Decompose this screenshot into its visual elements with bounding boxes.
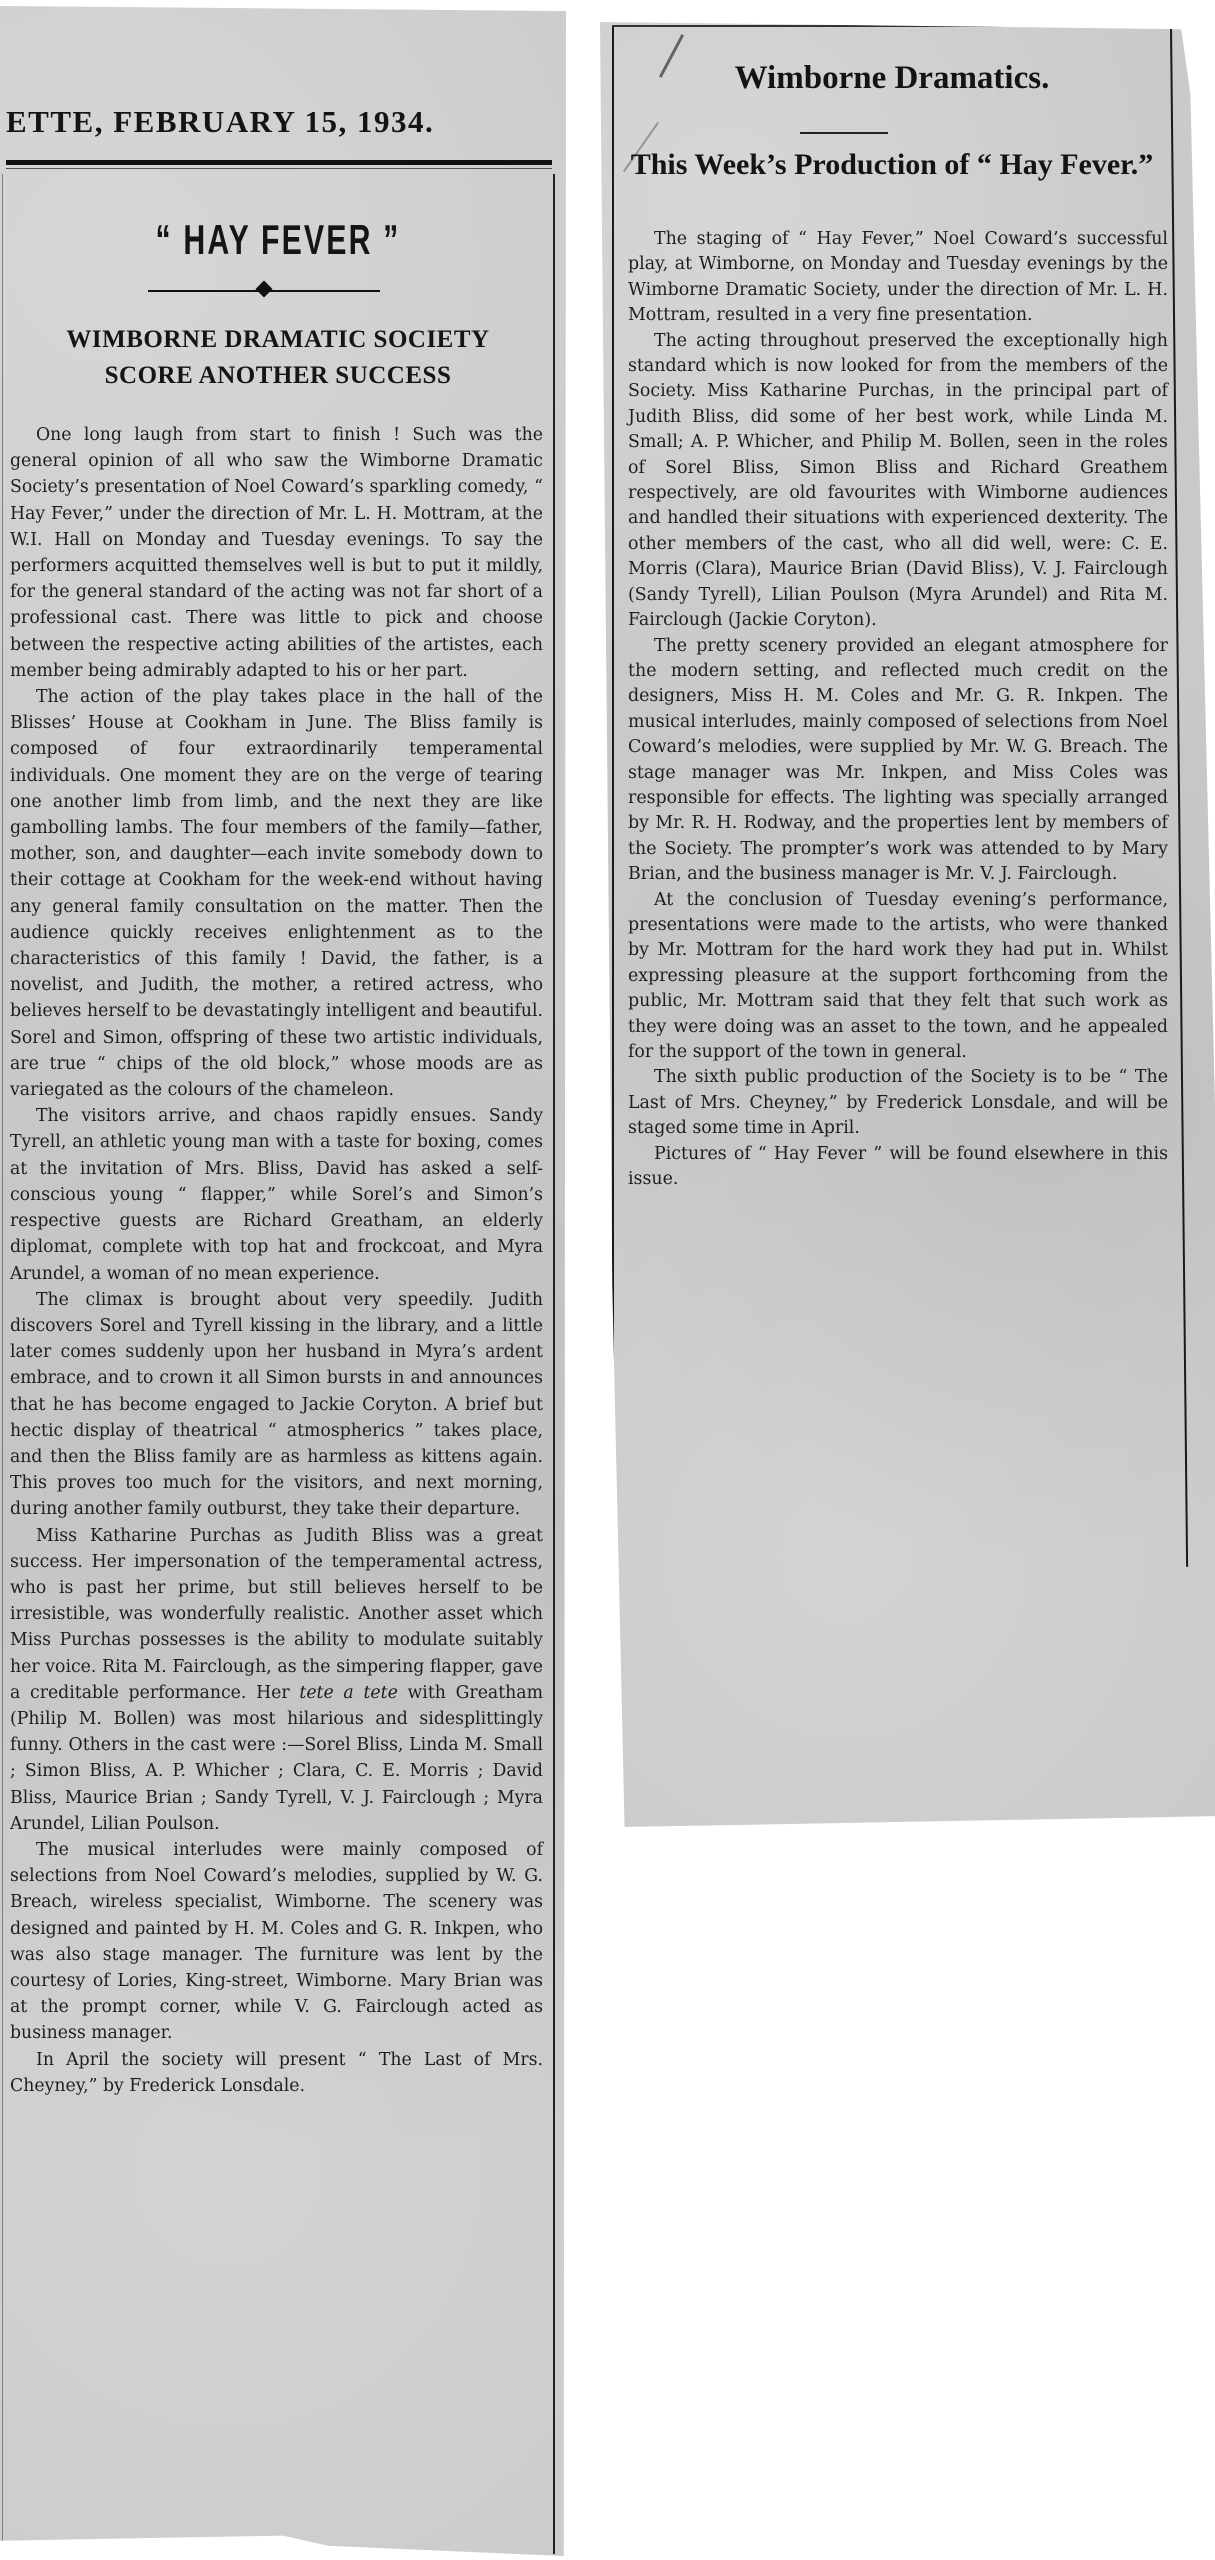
paragraph: The climax is brought about very speedil… — [10, 1287, 543, 1523]
paragraph: The acting throughout preserved the exce… — [628, 329, 1168, 634]
paragraph: The musical interludes were mainly compo… — [10, 1837, 543, 2047]
column-border-right — [553, 174, 555, 2554]
article-subheading-line-2: SCORE ANOTHER SUCCESS — [0, 362, 556, 390]
italic-phrase: tete a tete — [299, 1683, 397, 1703]
article-title: “ HAY FEVER ” — [78, 216, 478, 264]
paragraph: The action of the play takes place in th… — [10, 684, 543, 1103]
paragraph: Miss Katharine Purchas as Judith Bliss w… — [10, 1523, 543, 1837]
paragraph: At the conclusion of Tuesday evening’s p… — [628, 888, 1168, 1066]
column-border-right — [1170, 27, 1188, 1567]
paragraph: The sixth public production of the Socie… — [628, 1065, 1168, 1141]
article-subheading-line-1: WIMBORNE DRAMATIC SOCIETY — [0, 326, 556, 354]
masthead-rule — [6, 160, 552, 165]
paragraph: In April the society will present “ The … — [10, 2047, 543, 2099]
paragraph: Pictures of “ Hay Fever ” will be found … — [628, 1142, 1168, 1193]
article-title: Wimborne Dramatics. — [612, 60, 1172, 97]
paragraph: The pretty scenery provided an elegant a… — [628, 634, 1168, 888]
article-body: The staging of “ Hay Fever,” Noel Coward… — [628, 227, 1168, 1192]
masthead-rule-thin — [6, 168, 552, 169]
right-newspaper-clipping: l - : - s ' t s Wimborne Dramatics. This… — [600, 22, 1215, 1827]
paragraph: One long laugh from start to finish ! Su… — [10, 422, 543, 684]
article-body: One long laugh from start to finish ! Su… — [10, 422, 543, 2099]
short-rule — [800, 132, 888, 134]
column-border-left — [2, 174, 3, 2554]
article-headline: This Week’s Production of “ Hay Fever.” — [612, 148, 1172, 181]
column-border-left — [612, 27, 614, 1567]
left-newspaper-clipping: ETTE, FEBRUARY 15, 1934. “ HAY FEVER ” W… — [0, 6, 566, 2556]
diamond-ornament-icon — [256, 281, 273, 298]
paragraph: The staging of “ Hay Fever,” Noel Coward… — [628, 227, 1168, 329]
adjacent-column-fragments: l - : - s ' t s — [596, 62, 606, 556]
column-border-top — [612, 25, 1172, 27]
paragraph: The visitors arrive, and chaos rapidly e… — [10, 1103, 543, 1286]
newspaper-masthead-date: ETTE, FEBRUARY 15, 1934. — [6, 104, 556, 140]
